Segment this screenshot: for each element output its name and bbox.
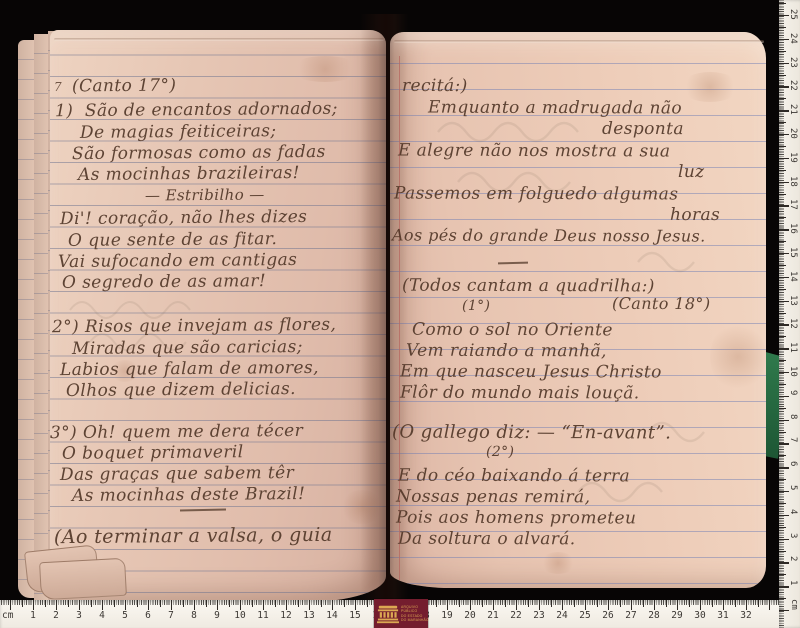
- ruler-tick: [114, 600, 115, 607]
- ruler-number: 2: [53, 610, 59, 621]
- handwritten-line: Da soltura o alvará.: [398, 529, 576, 550]
- ruler-tick: [45, 600, 46, 607]
- handwritten-line: (1°): [462, 298, 490, 314]
- ruler-number: 17: [788, 199, 798, 211]
- ruler-tick: [779, 98, 786, 99]
- ruler-tick: [160, 600, 161, 607]
- ruler-tick: [183, 600, 184, 607]
- ruler-tick: [677, 600, 678, 610]
- ruler-tick: [68, 600, 69, 607]
- ruler-tick: [10, 600, 11, 610]
- ruler-number: 31: [717, 610, 728, 621]
- ruler-tick: [217, 600, 218, 610]
- ruler-tick: [309, 600, 310, 610]
- ruler-number: 27: [625, 610, 636, 621]
- ruler-number: 1: [788, 580, 798, 592]
- building-icon: [377, 604, 399, 624]
- ruler-number: 12: [788, 318, 798, 330]
- ruler-tick: [779, 265, 786, 266]
- ruler-number: 25: [579, 610, 590, 621]
- handwritten-line: As mocinhas deste Brazil!: [72, 484, 305, 506]
- ruler-tick: [654, 600, 655, 610]
- handwritten-line: — Estribilho —: [145, 185, 265, 204]
- ruler-tick: [779, 241, 786, 242]
- handwritten-line: De magias feiticeiras;: [80, 121, 277, 143]
- ruler-tick: [779, 217, 786, 218]
- ruler-tick: [689, 600, 690, 607]
- ruler-number: 7: [168, 610, 174, 621]
- handwritten-line: Di'! coração, não lhes dizes: [60, 207, 307, 229]
- ruler-tick: [539, 600, 540, 610]
- ruler-tick: [779, 527, 786, 528]
- ruler-number: 20: [464, 610, 475, 621]
- ruler-number: 15: [349, 610, 360, 621]
- ruler-tick: [779, 360, 786, 361]
- handwritten-line: Pois aos homens prometeu: [396, 508, 636, 529]
- ruler-tick: [436, 600, 437, 607]
- ruler-number: 14: [326, 610, 337, 621]
- ruler-tick: [505, 600, 506, 607]
- handwritten-line: Olhos que dizem delicias.: [66, 379, 296, 401]
- ruler-tick: [631, 600, 632, 610]
- ruler-number: 3: [76, 610, 82, 621]
- ruler-tick: [206, 600, 207, 607]
- ruler-number: 5: [122, 610, 128, 621]
- ruler-tick: [779, 336, 786, 337]
- handwritten-line: 2°) Risos que invejam as flores,: [52, 315, 336, 337]
- curled-page-corner: [39, 558, 127, 600]
- handwritten-line: As mocinhas brazileiras!: [78, 163, 300, 185]
- ruler-number: 15: [788, 247, 798, 259]
- handwritten-line: (Canto 17°): [72, 76, 177, 97]
- ruler-tick: [779, 289, 786, 290]
- ruler-number: 7: [788, 437, 798, 449]
- handwritten-line: Das graças que sabem têr: [60, 463, 294, 485]
- ruler-number: 5: [788, 485, 798, 497]
- handwritten-line: desponta: [602, 119, 684, 139]
- ruler-tick: [758, 600, 759, 607]
- ruler-tick: [528, 600, 529, 607]
- ruler-tick: [779, 27, 786, 28]
- ruler-tick: [779, 194, 786, 195]
- handwritten-line: 1) São de encantos adornados;: [55, 99, 338, 121]
- ruler-number: 19: [441, 610, 452, 621]
- ruler-number: 18: [788, 176, 798, 188]
- ruler-tick: [125, 600, 126, 610]
- ruler-tick: [779, 551, 786, 552]
- handwritten-line: O boquet primaveril: [62, 442, 244, 464]
- ruler-number: 2: [788, 556, 798, 568]
- ruler-tick: [263, 600, 264, 610]
- ruler-tick: [470, 600, 471, 610]
- ruler-tick: [562, 600, 563, 610]
- ruler-tick: [779, 75, 786, 76]
- logo-text-line: DO MARANHÃO: [401, 618, 429, 622]
- handwritten-line: Passemos em folguedo algumas: [394, 184, 678, 205]
- ruler-tick: [367, 600, 368, 607]
- ruler-tick: [321, 600, 322, 607]
- ruler-tick: [700, 600, 701, 610]
- ruler-tick: [585, 600, 586, 610]
- ruler-tick: [344, 600, 345, 607]
- ruler-number: 26: [602, 610, 613, 621]
- ruler-tick: [22, 600, 23, 607]
- ruler-tick: [516, 600, 517, 610]
- ruler-number: 1: [30, 610, 36, 621]
- ruler-number: 23: [533, 610, 544, 621]
- handwritten-line: luz: [678, 162, 705, 182]
- handwritten-line: 3°) Oh! quem me dera técer: [50, 421, 303, 443]
- ruler-number: 22: [788, 80, 798, 92]
- ruler-tick: [171, 600, 172, 610]
- ruler-number: 8: [191, 610, 197, 621]
- ruler-tick: [779, 574, 786, 575]
- ruler-tick: [275, 600, 276, 607]
- ruler-number: 13: [788, 295, 798, 307]
- ruler-number: 16: [788, 223, 798, 235]
- handwritten-line: horas: [670, 205, 720, 225]
- ruler-number: 6: [788, 461, 798, 473]
- ruler-tick: [493, 600, 494, 610]
- ruler-tick: [574, 600, 575, 607]
- right-page: recitá:)Emquanto a madrugada nãodesponta…: [390, 32, 766, 588]
- ruler-number: 20: [788, 128, 798, 140]
- ruler-tick: [666, 600, 667, 607]
- ruler-number: 11: [788, 342, 798, 354]
- ruler-number: 29: [671, 610, 682, 621]
- left-page: 7 (Canto 17°)1) São de encantos adornado…: [50, 30, 386, 602]
- right-cm-ruler: cm 2524232221201918171615141312111098765…: [779, 0, 800, 628]
- ruler-number: 4: [788, 509, 798, 521]
- ruler-tick: [91, 600, 92, 607]
- ruler-number: 10: [234, 610, 245, 621]
- logo-text: ARQUIVO PÚBLICO DO ESTADO DO MARANHÃO: [401, 605, 429, 623]
- ruler-tick: [723, 600, 724, 610]
- ruler-number: 10: [788, 366, 798, 378]
- ruler-tick: [779, 432, 786, 433]
- ruler-tick: [252, 600, 253, 607]
- ruler-number: 24: [788, 33, 798, 45]
- ruler-tick: [643, 600, 644, 607]
- ruler-tick: [779, 503, 786, 504]
- handwritten-line: Vai sufocando em cantigas: [58, 250, 297, 272]
- right-page-handwriting: recitá:)Emquanto a madrugada nãodesponta…: [390, 32, 766, 588]
- page-edge-strip: [34, 34, 49, 600]
- ruler-tick: [286, 600, 287, 610]
- ruler-tick: [597, 600, 598, 607]
- ruler-tick: [779, 384, 786, 385]
- ruler-number: 30: [694, 610, 705, 621]
- archive-logo: ARQUIVO PÚBLICO DO ESTADO DO MARANHÃO: [374, 599, 428, 628]
- ruler-tick: [33, 600, 34, 610]
- ruler-unit-label: cm: [789, 599, 799, 613]
- ruler-tick: [620, 600, 621, 607]
- handwritten-line: O que sente de as fitar.: [68, 229, 277, 251]
- ruler-tick: [779, 408, 786, 409]
- ruler-tick: [779, 313, 786, 314]
- ruler-tick: [779, 51, 786, 52]
- handwritten-line: Como o sol no Oriente: [412, 320, 613, 341]
- handwritten-line: Aos pés do grande Deus nosso Jesus.: [392, 225, 706, 245]
- ruler-number: 12: [280, 610, 291, 621]
- ruler-tick: [551, 600, 552, 607]
- handwritten-line: Labios que falam de amores,: [60, 358, 319, 380]
- ruler-tick: [779, 122, 786, 123]
- ruler-number: 9: [214, 610, 220, 621]
- ruler-tick: [779, 3, 786, 4]
- ruler-number: 11: [257, 610, 268, 621]
- ruler-tick: [779, 479, 786, 480]
- left-page-handwriting: (Canto 17°)1) São de encantos adornados;…: [50, 30, 386, 602]
- ink-divider: [498, 262, 528, 265]
- ruler-tick: [229, 600, 230, 607]
- handwritten-line: (Canto 18°): [612, 294, 711, 313]
- ruler-tick: [102, 600, 103, 610]
- handwritten-line: Flôr do mundo mais louçã.: [400, 383, 640, 404]
- ruler-tick: [712, 600, 713, 607]
- ruler-tick: [332, 600, 333, 610]
- ruler-tick: [735, 600, 736, 607]
- ruler-tick: [608, 600, 609, 610]
- ruler-tick: [148, 600, 149, 610]
- ruler-tick: [779, 146, 786, 147]
- ruler-number: 6: [145, 610, 151, 621]
- ruler-number: 28: [648, 610, 659, 621]
- ruler-number: 23: [788, 57, 798, 69]
- handwritten-line: Em que nasceu Jesus Christo: [400, 362, 662, 383]
- ruler-number: 25: [788, 9, 798, 21]
- ruler-tick: [298, 600, 299, 607]
- ruler-number: 32: [740, 610, 751, 621]
- ruler-tick: [482, 600, 483, 607]
- handwritten-line: Nossas penas remirá,: [396, 487, 590, 508]
- ruler-tick: [56, 600, 57, 610]
- ruler-unit-label: cm: [2, 610, 13, 621]
- ruler-tick: [769, 600, 770, 610]
- handwritten-line: Miradas que são caricias;: [72, 337, 303, 359]
- ruler-tick: [240, 600, 241, 610]
- handwritten-line: (O gallego diz: — “En-avant”.: [392, 422, 671, 444]
- ruler-number: 14: [788, 271, 798, 283]
- ruler-number: 13: [303, 610, 314, 621]
- ruler-number: 3: [788, 533, 798, 545]
- handwritten-line: Emquanto a madrugada não: [428, 98, 682, 119]
- ruler-tick: [79, 600, 80, 610]
- ruler-tick: [779, 610, 789, 611]
- ink-divider: [180, 509, 226, 512]
- handwritten-line: recitá:): [402, 76, 468, 96]
- ruler-number: 8: [788, 414, 798, 426]
- handwritten-line: (2°): [486, 444, 514, 460]
- ruler-number: 21: [788, 104, 798, 116]
- ruler-number: 4: [99, 610, 105, 621]
- ruler-tick: [137, 600, 138, 607]
- page-edge-rule-marks: [18, 40, 34, 598]
- ruler-number: 24: [556, 610, 567, 621]
- handwritten-line: E do céo baixando á terra: [398, 466, 630, 487]
- ruler-tick: [194, 600, 195, 610]
- page-edge-strip: [18, 40, 35, 598]
- ruler-tick: [779, 170, 786, 171]
- handwritten-line: São formosas como as fadas: [72, 142, 326, 164]
- ruler-tick: [447, 600, 448, 610]
- ruler-number: 22: [510, 610, 521, 621]
- millimeter-ticks: [779, 0, 784, 628]
- handwritten-line: O segredo de as amar!: [62, 271, 266, 293]
- handwritten-line: E alegre não nos mostra a sua: [398, 141, 671, 162]
- ruler-tick: [746, 600, 747, 610]
- ruler-number: 9: [788, 390, 798, 402]
- ruler-tick: [355, 600, 356, 610]
- ruler-tick: [779, 455, 786, 456]
- handwritten-line: (Ao terminar a valsa, o guia: [54, 524, 333, 548]
- ruler-tick: [779, 598, 786, 599]
- ruler-number: 21: [487, 610, 498, 621]
- manuscript-photo: 7 (Canto 17°)1) São de encantos adornado…: [0, 0, 800, 628]
- ruler-number: 19: [788, 152, 798, 164]
- page-edge-rule-marks: [34, 34, 48, 600]
- handwritten-line: Vem raiando a manhã,: [406, 341, 607, 362]
- ruler-tick: [459, 600, 460, 607]
